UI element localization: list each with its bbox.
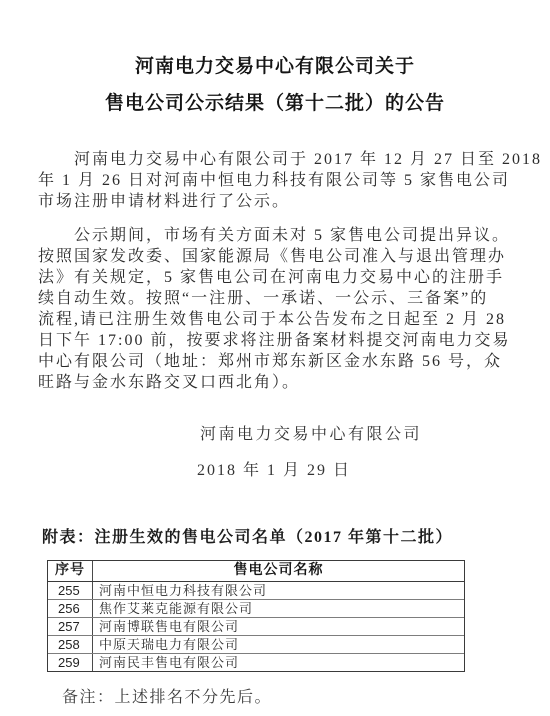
table-header-company-name: 售电公司名称 xyxy=(93,561,464,581)
table-row: 259 河南民丰售电有限公司 xyxy=(48,654,464,671)
signature-organization: 河南电力交易中心有限公司 xyxy=(200,421,422,444)
company-name-cell: 河南中恒电力科技有限公司 xyxy=(93,582,464,599)
paragraph-text-line: 年 1 月 26 日对河南中恒电力科技有限公司等 5 家售电公司 xyxy=(38,170,538,191)
table-row: 255 河南中恒电力科技有限公司 xyxy=(48,582,464,600)
table-row: 257 河南博联售电有限公司 xyxy=(48,618,464,636)
signature-date: 2018 年 1 月 29 日 xyxy=(197,457,351,480)
company-name-cell: 焦作艾莱克能源有限公司 xyxy=(93,600,464,617)
paragraph-text-line: 日下午 17:00 前，按要求将注册备案材料提交河南电力交易 xyxy=(38,330,538,351)
paragraph-text-line: 公示期间，市场有关方面未对 5 家售电公司提出异议。 xyxy=(38,225,538,246)
document-title-line1: 河南电力交易中心有限公司关于 xyxy=(0,51,550,78)
table-body: 255 河南中恒电力科技有限公司 256 焦作艾莱克能源有限公司 257 河南博… xyxy=(48,582,464,671)
attachment-heading: 附表：注册生效的售电公司名单（2017 年第十二批） xyxy=(42,524,453,547)
serial-number-cell: 256 xyxy=(48,600,93,617)
serial-number-cell: 255 xyxy=(48,582,93,599)
table-row: 258 中原天瑞电力有限公司 xyxy=(48,636,464,654)
document-title-line2: 售电公司公示结果（第十二批）的公告 xyxy=(0,88,550,115)
paragraph-text-line: 按照国家发改委、国家能源局《售电公司准入与退出管理办 xyxy=(38,246,538,267)
paragraph-text-line: 流程,请已注册生效售电公司于本公告发布之日起至 2 月 28 xyxy=(38,309,538,330)
serial-number-cell: 259 xyxy=(48,654,93,671)
company-name-cell: 中原天瑞电力有限公司 xyxy=(93,636,464,653)
paragraph-text-line: 法》有关规定，5 家售电公司在河南电力交易中心的注册手 xyxy=(38,267,538,288)
serial-number-cell: 257 xyxy=(48,618,93,635)
company-table: 序号 售电公司名称 255 河南中恒电力科技有限公司 256 焦作艾莱克能源有限… xyxy=(47,560,465,672)
paragraph-text-line: 旺路与金水东路交叉口西北角）。 xyxy=(38,372,538,393)
serial-number-cell: 258 xyxy=(48,636,93,653)
paragraph-text-line: 河南电力交易中心有限公司于 2017 年 12 月 27 日至 2018 xyxy=(38,149,538,170)
table-header-row: 序号 售电公司名称 xyxy=(48,561,464,582)
company-name-cell: 河南民丰售电有限公司 xyxy=(93,654,464,671)
table-header-serial-number: 序号 xyxy=(48,561,93,581)
company-name-cell: 河南博联售电有限公司 xyxy=(93,618,464,635)
footnote: 备注：上述排名不分先后。 xyxy=(62,684,272,707)
body-paragraph-1: 河南电力交易中心有限公司于 2017 年 12 月 27 日至 2018 年 1… xyxy=(38,149,538,212)
paragraph-text-line: 中心有限公司（地址：郑州市郑东新区金水东路 56 号，众 xyxy=(38,351,538,372)
paragraph-text-line: 续自动生效。按照“一注册、一承诺、一公示、三备案”的 xyxy=(38,288,538,309)
announcement-document-page: 河南电力交易中心有限公司关于 售电公司公示结果（第十二批）的公告 河南电力交易中… xyxy=(0,0,550,716)
table-row: 256 焦作艾莱克能源有限公司 xyxy=(48,600,464,618)
paragraph-text-line: 市场注册申请材料进行了公示。 xyxy=(38,191,538,212)
body-paragraph-2: 公示期间，市场有关方面未对 5 家售电公司提出异议。 按照国家发改委、国家能源局… xyxy=(38,225,538,393)
